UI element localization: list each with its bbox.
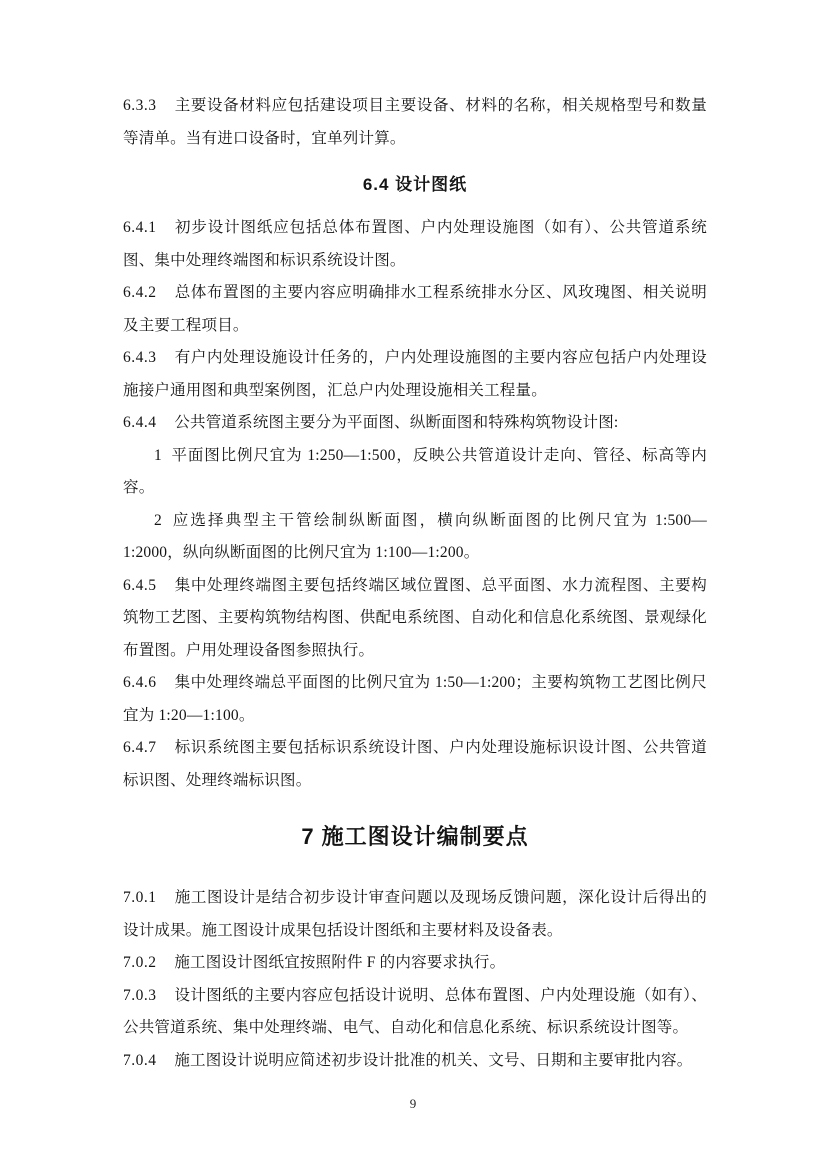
clause-6-4-3: 6.4.3有户内处理设施设计任务的，户内处理设施图的主要内容应包括户内处理设施接…: [123, 342, 707, 407]
clause-number: 6.4.2: [123, 284, 157, 301]
clause-text: 总体布置图的主要内容应明确排水工程系统排水分区、风玫瑰图、相关说明及主要工程项目…: [123, 284, 707, 334]
clause-text: 设计图纸的主要内容应包括设计说明、总体布置图、户内处理设施（如有）、公共管道系统…: [123, 987, 707, 1037]
clause-number: 6.4.7: [123, 739, 157, 756]
subclause-6-4-4-2: 2应选择典型主干管绘制纵断面图，横向纵断面图的比例尺宜为 1:500—1:200…: [123, 505, 707, 570]
clause-number: 7.0.4: [123, 1052, 157, 1069]
clause-6-4-6: 6.4.6集中处理终端总平面图的比例尺宜为 1:50—1:200；主要构筑物工艺…: [123, 667, 707, 732]
section-heading-6-4: 6.4 设计图纸: [123, 168, 707, 201]
clause-7-0-3: 7.0.3设计图纸的主要内容应包括设计说明、总体布置图、户内处理设施（如有）、公…: [123, 980, 707, 1045]
clause-6-4-7: 6.4.7标识系统图主要包括标识系统设计图、户内处理设施标识设计图、公共管道标识…: [123, 732, 707, 797]
subclause-text: 应选择典型主干管绘制纵断面图，横向纵断面图的比例尺宜为 1:500—1:2000…: [123, 512, 707, 562]
clause-text: 标识系统图主要包括标识系统设计图、户内处理设施标识设计图、公共管道标识图、处理终…: [123, 739, 707, 789]
subclause-number: 2: [154, 512, 162, 529]
clause-number: 6.3.3: [123, 97, 157, 114]
clause-text: 施工图设计说明应简述初步设计批准的机关、文号、日期和主要审批内容。: [174, 1052, 692, 1069]
subclause-text: 平面图比例尺宜为 1:250—1:500，反映公共管道设计走向、管径、标高等内容…: [123, 447, 707, 497]
clause-text: 施工图设计是结合初步设计审查问题以及现场反馈问题，深化设计后得出的设计成果。施工…: [123, 889, 707, 939]
document-page: 6.3.3主要设备材料应包括建设项目主要设备、材料的名称，相关规格型号和数量等清…: [0, 0, 826, 1169]
clause-text: 施工图设计图纸宜按照附件 F 的内容要求执行。: [174, 954, 505, 971]
clause-7-0-4: 7.0.4施工图设计说明应简述初步设计批准的机关、文号、日期和主要审批内容。: [123, 1045, 707, 1078]
clause-number: 6.4.1: [123, 219, 157, 236]
clause-7-0-2: 7.0.2施工图设计图纸宜按照附件 F 的内容要求执行。: [123, 947, 707, 980]
subclause-6-4-4-1: 1平面图比例尺宜为 1:250—1:500，反映公共管道设计走向、管径、标高等内…: [123, 440, 707, 505]
clause-number: 7.0.3: [123, 987, 157, 1004]
clause-6-4-4: 6.4.4公共管道系统图主要分为平面图、纵断面图和特殊构筑物设计图:: [123, 407, 707, 440]
clause-text: 集中处理终端总平面图的比例尺宜为 1:50—1:200；主要构筑物工艺图比例尺宜…: [123, 674, 707, 724]
clause-number: 6.4.6: [123, 674, 157, 691]
clause-text: 有户内处理设施设计任务的，户内处理设施图的主要内容应包括户内处理设施接户通用图和…: [123, 349, 707, 399]
clause-6-4-2: 6.4.2总体布置图的主要内容应明确排水工程系统排水分区、风玫瑰图、相关说明及主…: [123, 277, 707, 342]
clause-7-0-1: 7.0.1施工图设计是结合初步设计审查问题以及现场反馈问题，深化设计后得出的设计…: [123, 882, 707, 947]
clause-6-4-1: 6.4.1初步设计图纸应包括总体布置图、户内处理设施图（如有）、公共管道系统图、…: [123, 212, 707, 277]
clause-text: 公共管道系统图主要分为平面图、纵断面图和特殊构筑物设计图:: [174, 414, 618, 431]
clause-6-3-3: 6.3.3主要设备材料应包括建设项目主要设备、材料的名称，相关规格型号和数量等清…: [123, 90, 707, 155]
subclause-number: 1: [154, 447, 162, 464]
chapter-heading-7: 7 施工图设计编制要点: [123, 818, 707, 855]
clause-number: 6.4.3: [123, 349, 157, 366]
clause-6-4-5: 6.4.5集中处理终端图主要包括终端区域位置图、总平面图、水力流程图、主要构筑物…: [123, 570, 707, 668]
clause-number: 7.0.2: [123, 954, 157, 971]
page-number: 9: [0, 1096, 826, 1112]
clause-number: 6.4.4: [123, 414, 157, 431]
clause-number: 7.0.1: [123, 889, 157, 906]
clause-text: 集中处理终端图主要包括终端区域位置图、总平面图、水力流程图、主要构筑物工艺图、主…: [123, 577, 707, 659]
page-content: 6.3.3主要设备材料应包括建设项目主要设备、材料的名称，相关规格型号和数量等清…: [123, 90, 707, 1077]
clause-text: 初步设计图纸应包括总体布置图、户内处理设施图（如有）、公共管道系统图、集中处理终…: [123, 219, 707, 269]
clause-number: 6.4.5: [123, 577, 157, 594]
clause-text: 主要设备材料应包括建设项目主要设备、材料的名称，相关规格型号和数量等清单。当有进…: [123, 97, 707, 147]
